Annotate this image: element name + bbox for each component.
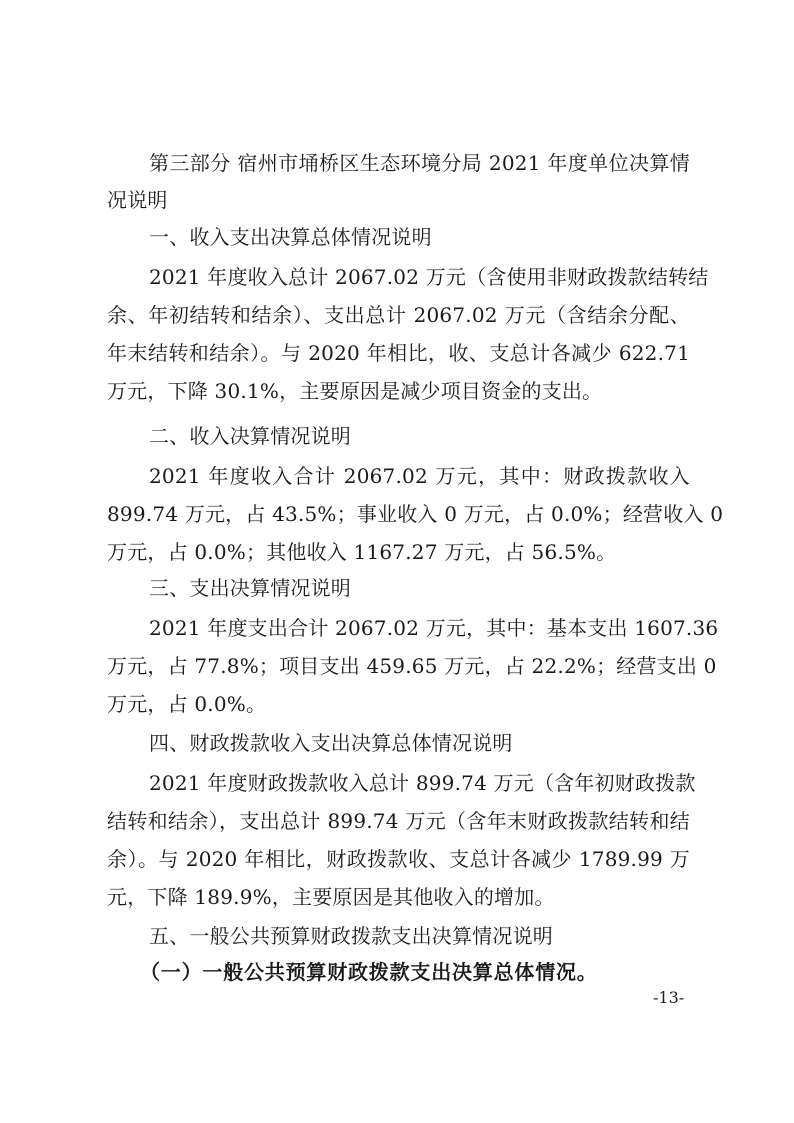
section-heading-3: 三、支出决算情况说明 bbox=[149, 573, 690, 603]
document-page: 第三部分 宿州市埇桥区生态环境分局 2021 年度单位决算情 况说明 一、收入支… bbox=[0, 0, 794, 1123]
paragraph-line: 2021 年度收入总计 2067.02 万元（含使用非财政拨款结转结 bbox=[149, 262, 690, 292]
paragraph-line: 2021 年度支出合计 2067.02 万元，其中：基本支出 1607.36 bbox=[149, 613, 690, 643]
paragraph-line: 年末结转和结余）。与 2020 年相比，收、支总计各减少 622.71 bbox=[107, 338, 690, 368]
paragraph-line: 万元，下降 30.1%，主要原因是减少项目资金的支出。 bbox=[107, 376, 690, 406]
paragraph-line: 余、年初结转和结余）、支出总计 2067.02 万元（含结余分配、 bbox=[107, 300, 690, 330]
paragraph-line: 万元，占 77.8%；项目支出 459.65 万元，占 22.2%；经营支出 0 bbox=[107, 651, 690, 681]
section-heading-2: 二、收入决算情况说明 bbox=[149, 421, 690, 451]
paragraph-line: 2021 年度财政拨款收入总计 899.74 万元（含年初财政拨款 bbox=[149, 768, 690, 798]
paragraph-line: 2021 年度收入合计 2067.02 万元，其中：财政拨款收入 bbox=[149, 461, 690, 491]
paragraph-line: 结转和结余），支出总计 899.74 万元（含年末财政拨款结转和结 bbox=[107, 806, 690, 836]
part-title-line-1: 第三部分 宿州市埇桥区生态环境分局 2021 年度单位决算情 bbox=[149, 148, 690, 178]
paragraph-line: 899.74 万元，占 43.5%；事业收入 0 万元，占 0.0%；经营收入 … bbox=[107, 499, 690, 529]
section-heading-4: 四、财政拨款收入支出决算总体情况说明 bbox=[149, 728, 690, 758]
section-heading-1: 一、收入支出决算总体情况说明 bbox=[149, 222, 690, 252]
paragraph-line: 万元，占 0.0%。 bbox=[107, 689, 690, 719]
subsection-heading: （一）一般公共预算财政拨款支出决算总体情况。 bbox=[140, 957, 681, 987]
paragraph-line: 万元，占 0.0%；其他收入 1167.27 万元，占 56.5%。 bbox=[107, 537, 690, 567]
page-number: -13- bbox=[653, 988, 684, 1008]
paragraph-line: 元，下降 189.9%，主要原因是其他收入的增加。 bbox=[107, 882, 690, 912]
paragraph-line: 余）。与 2020 年相比，财政拨款收、支总计各减少 1789.99 万 bbox=[107, 844, 690, 874]
part-title-line-2: 况说明 bbox=[107, 185, 690, 215]
section-heading-5: 五、一般公共预算财政拨款支出决算情况说明 bbox=[149, 921, 690, 951]
